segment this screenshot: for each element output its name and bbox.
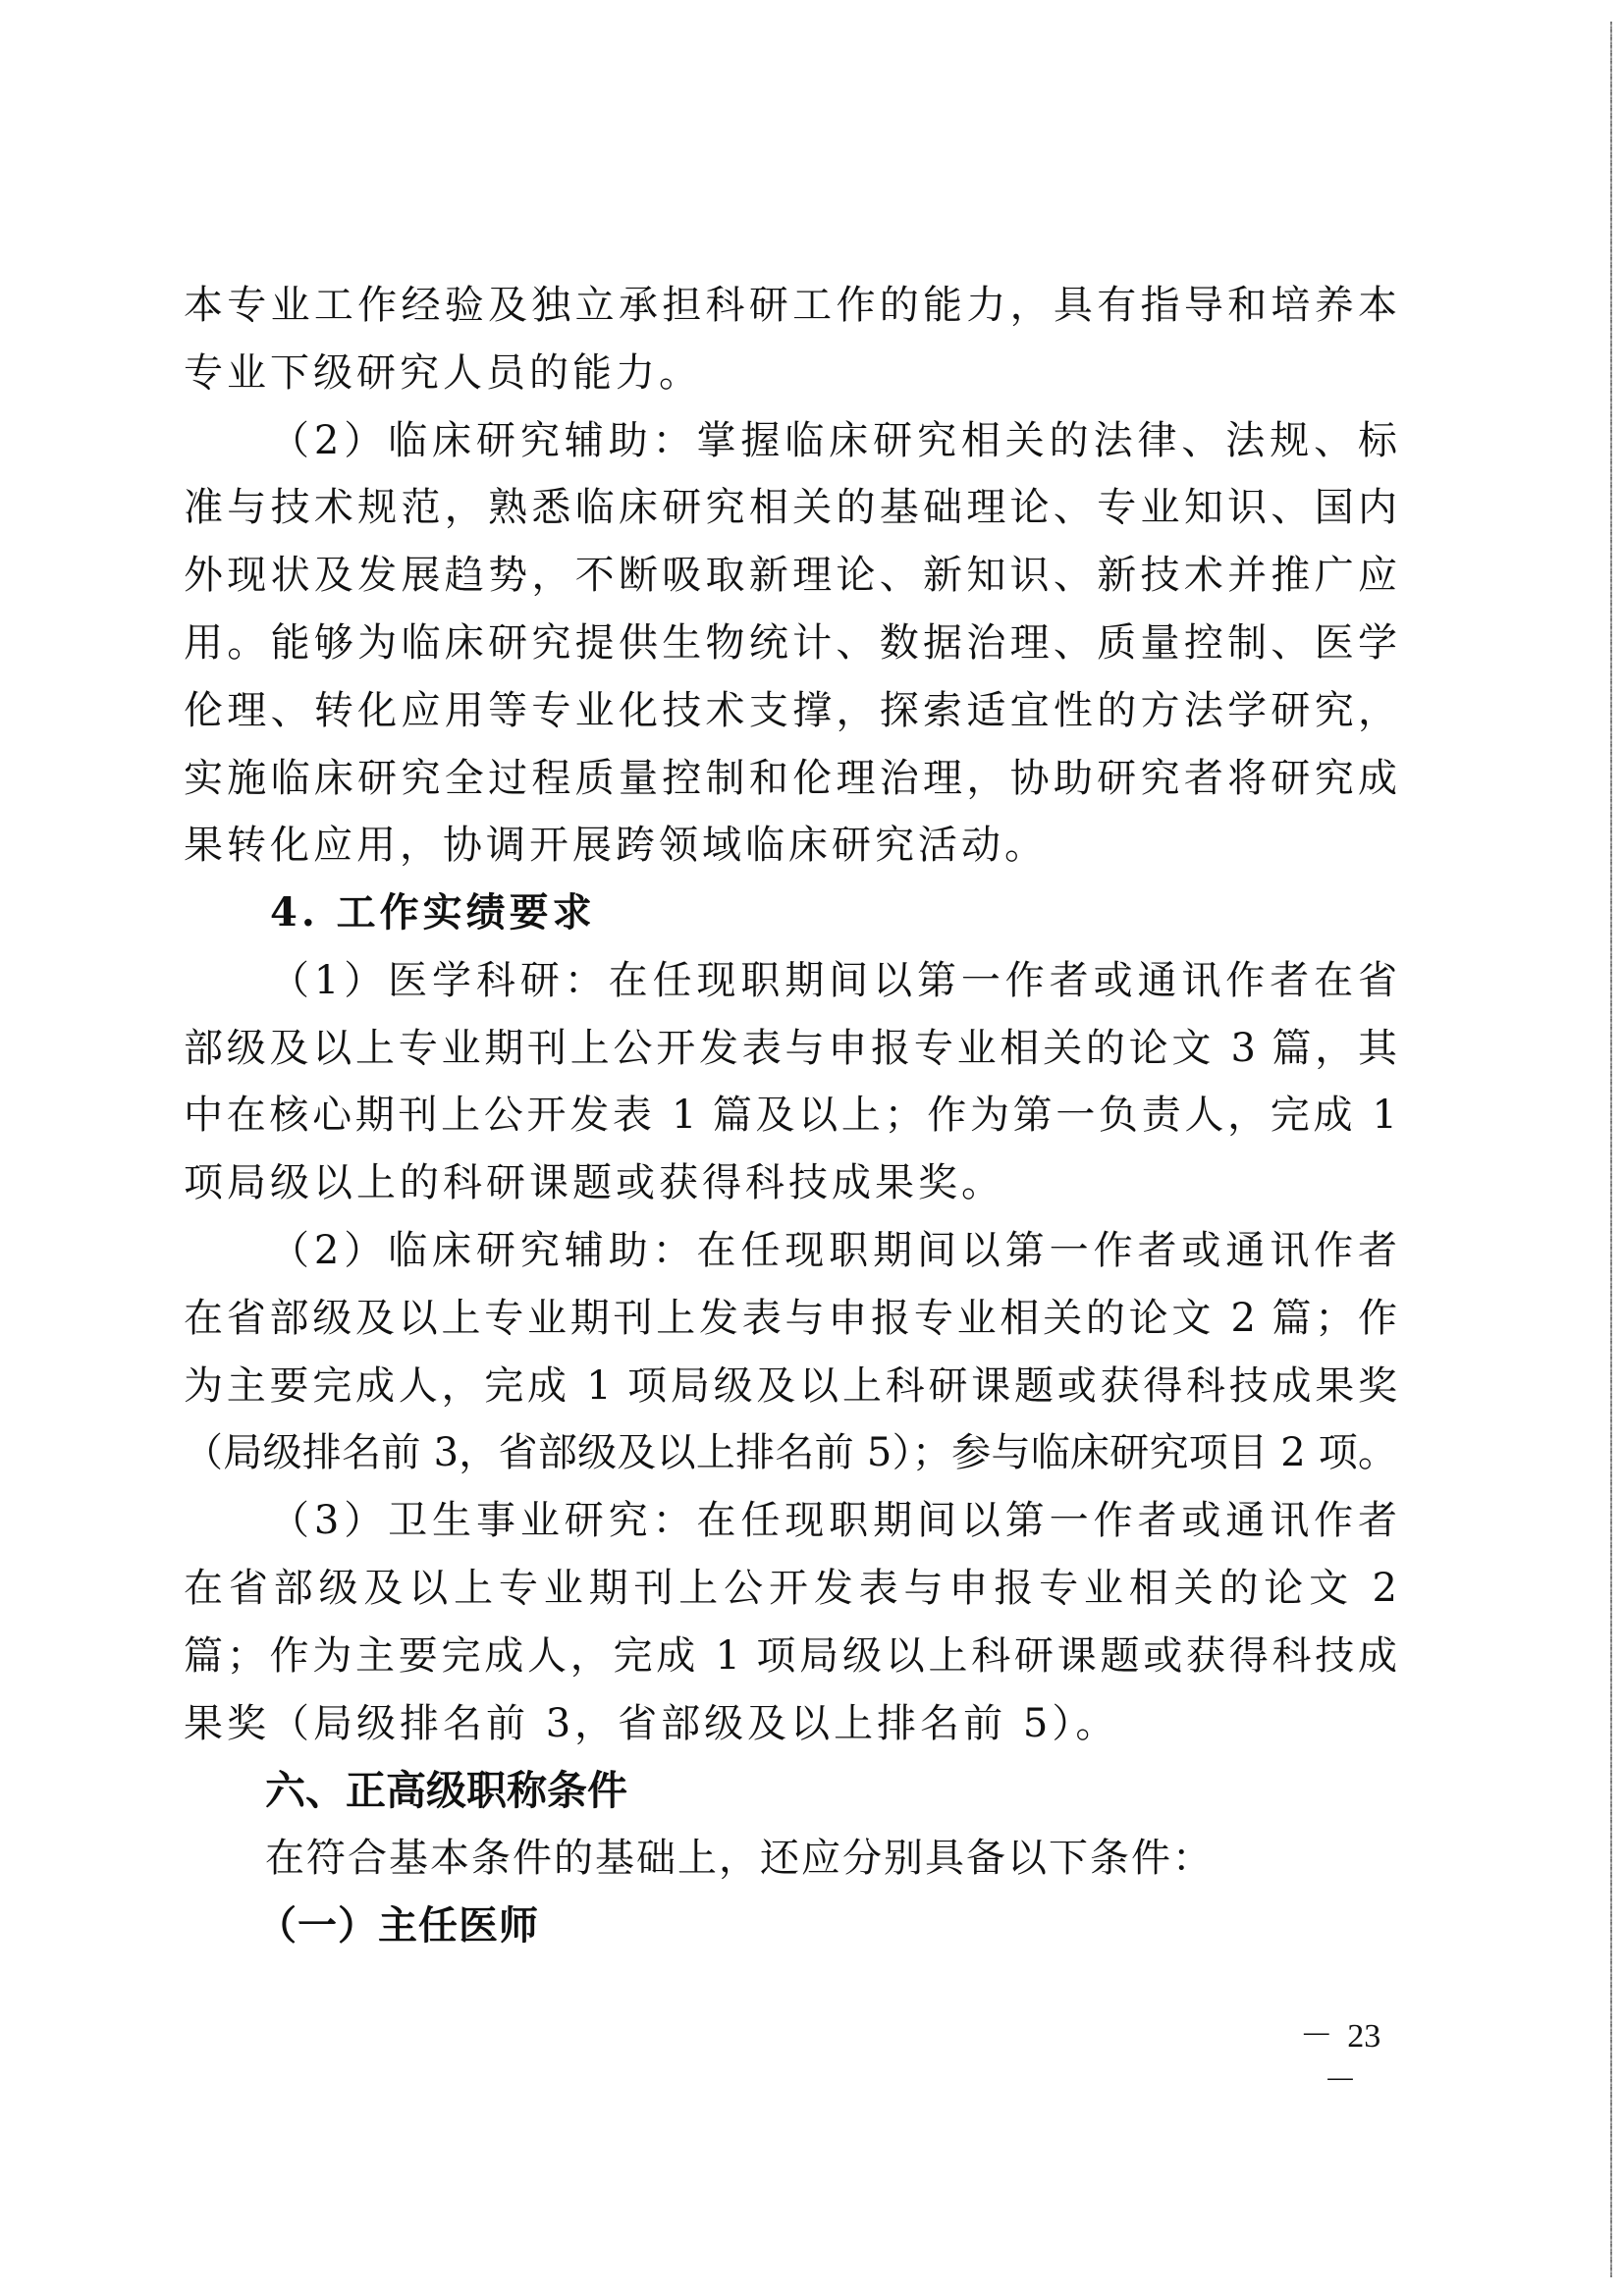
scan-edge-line — [1610, 22, 1612, 2277]
document-page: 本专业工作经验及独立承担科研工作的能力，具有指导和培养本 专业下级研究人员的能力… — [0, 0, 1623, 2296]
paragraph-line: 果转化应用，协调开展跨领域临床研究活动。 — [184, 820, 1397, 871]
section-heading-senior-title-conditions: 六、正高级职称条件 — [265, 1765, 627, 1816]
paragraph-line: 本专业工作经验及独立承担科研工作的能力，具有指导和培养本 — [184, 280, 1397, 331]
paragraph-line: 实施临床研究全过程质量控制和伦理治理，协助研究者将研究成 — [184, 753, 1397, 804]
paragraph-line: 篇；作为主要完成人，完成 1 项局级以上科研课题或获得科技成 — [184, 1630, 1397, 1682]
paragraph-line: 果奖（局级排名前 3，省部级及以上排名前 5）。 — [184, 1698, 1397, 1749]
paragraph-line-item-2-clinical-research-support: （2）临床研究辅助：掌握临床研究相关的法律、法规、标 — [270, 415, 1397, 466]
paragraph-line: 外现状及发展趋势，不断吸取新理论、新知识、新技术并推广应 — [184, 550, 1397, 601]
paragraph-line: 准与技术规范，熟悉临床研究相关的基础理论、专业知识、国内 — [184, 482, 1397, 533]
paragraph-line-item-1-medical-research: （1）医学科研：在任现职期间以第一作者或通讯作者在省 — [270, 955, 1397, 1006]
paragraph-line: 专业下级研究人员的能力。 — [184, 347, 1397, 399]
paragraph-line: 中在核心期刊上公开发表 1 篇及以上；作为第一负责人，完成 1 — [184, 1090, 1397, 1141]
paragraph-line: 伦理、转化应用等专业化技术支撑，探索适宜性的方法学研究， — [184, 685, 1397, 736]
paragraph-line: 项局级以上的科研课题或获得科技成果奖。 — [184, 1157, 1397, 1208]
page-number: － 23 － — [1276, 2014, 1404, 2059]
paragraph-line: 用。能够为临床研究提供生物统计、数据治理、质量控制、医学 — [184, 617, 1397, 668]
paragraph-line-item-2-clinical-research-support: （2）临床研究辅助：在任现职期间以第一作者或通讯作者 — [270, 1225, 1397, 1276]
paragraph-line: （局级排名前 3，省部级及以上排名前 5）；参与临床研究项目 2 项。 — [184, 1427, 1397, 1478]
sub-heading-chief-physician: （一）主任医师 — [257, 1900, 539, 1951]
paragraph-line: 为主要完成人，完成 1 项局级及以上科研课题或获得科技成果奖 — [184, 1361, 1397, 1412]
paragraph-line-intro: 在符合基本条件的基础上，还应分别具备以下条件： — [265, 1833, 1214, 1884]
paragraph-line: 在省部级及以上专业期刊上发表与申报专业相关的论文 2 篇；作 — [184, 1293, 1397, 1344]
paragraph-line-item-3-health-affairs-research: （3）卫生事业研究：在任现职期间以第一作者或通讯作者 — [270, 1495, 1397, 1546]
paragraph-line: 在省部级及以上专业期刊上公开发表与申报专业相关的论文 2 — [184, 1563, 1397, 1614]
section-heading-work-performance: 4. 工作实绩要求 — [270, 887, 596, 938]
paragraph-line: 部级及以上专业期刊上公开发表与申报专业相关的论文 3 篇，其 — [184, 1023, 1397, 1074]
